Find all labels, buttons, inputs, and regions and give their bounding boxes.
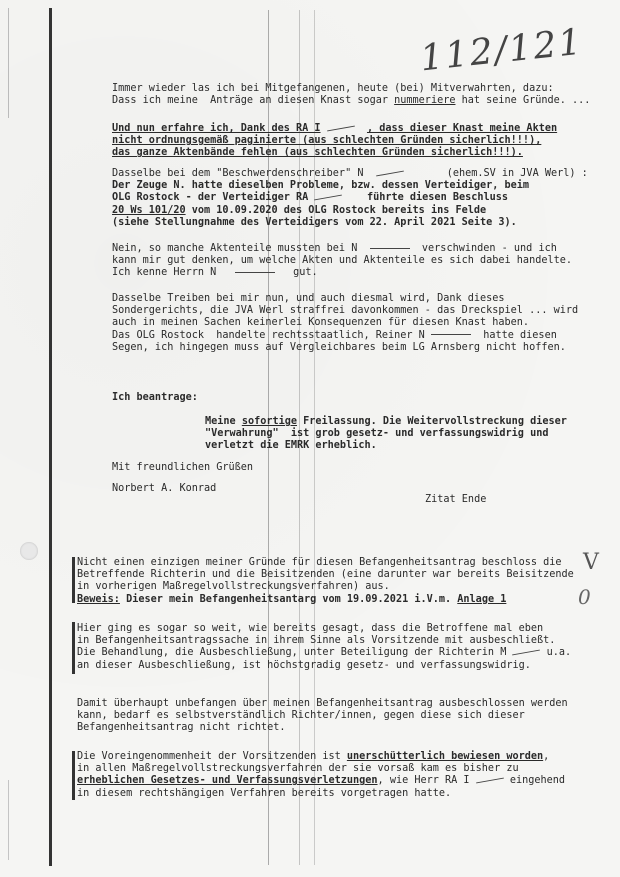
scan-edge-line bbox=[8, 8, 9, 118]
text-line: , bbox=[543, 751, 549, 762]
text-line: an dieser Ausbeschließung, ist höchstgra… bbox=[77, 660, 531, 671]
text-line: verschwinden - und ich bbox=[422, 243, 557, 254]
underlined-text: erheblichen Gesetzes- und Verfassungsver… bbox=[77, 775, 378, 786]
margin-circle-mark: 0 bbox=[578, 585, 591, 609]
text-line: Die Voreingenommenheit der Vorsitzenden … bbox=[77, 751, 347, 762]
text-line: Meine bbox=[205, 416, 242, 427]
redaction-mark bbox=[513, 649, 541, 655]
text-line: in Befangenheitsantragssache in ihrem Si… bbox=[77, 635, 555, 646]
text-line: Segen, ich hingegen muss auf Vergleichba… bbox=[112, 342, 566, 353]
text-line: Die Behandlung, die Ausbeschließung, unt… bbox=[77, 647, 506, 658]
margin-line bbox=[49, 8, 52, 866]
margin-bar bbox=[72, 557, 75, 603]
text-line: Dass ich meine Anträge an diesen Knast s… bbox=[112, 95, 394, 106]
text-line: in vorherigen Maßregelvollstreckungsverf… bbox=[77, 581, 390, 592]
margin-bar bbox=[72, 751, 75, 800]
text-line: Hier ging es sogar so weit, wie bereits … bbox=[77, 623, 543, 634]
text-line: Freilassung. Die Weitervollstreckung die… bbox=[297, 416, 567, 427]
redaction-mark bbox=[476, 777, 504, 783]
akten-paragraph: Und nun erfahre ich, Dank des RA I , das… bbox=[112, 123, 557, 160]
text-line: Der Zeuge N. hatte dieselben Probleme, b… bbox=[112, 180, 529, 191]
text-line: Immer wieder las ich bei Mitgefangenen, … bbox=[112, 83, 554, 94]
text-line: vom 10.09.2020 des OLG Rostock bereits i… bbox=[186, 205, 487, 216]
redaction-mark bbox=[235, 272, 275, 273]
text-line: eingehend bbox=[510, 775, 565, 786]
text-line: , dass dieser Knast meine Akten bbox=[367, 123, 557, 134]
text-line: "Verwahrung" ist grob gesetz- und verfas… bbox=[205, 428, 548, 439]
text-line: das ganze Aktenbände fehlen (aus schlech… bbox=[112, 147, 523, 158]
text-line: nicht ordnungsgemäß paginierte (aus schl… bbox=[112, 135, 541, 146]
text-line: (ehem.SV in JVA Werl) : bbox=[447, 168, 588, 179]
redaction-mark bbox=[431, 334, 471, 335]
text-line: hat seine Gründe. ... bbox=[455, 95, 590, 106]
greeting: Mit freundlichen Grüßen bbox=[112, 462, 253, 474]
text-line: , wie Herr RA I bbox=[378, 775, 470, 786]
text-line: in diesem rechtshängigen Verfahren berei… bbox=[77, 788, 451, 799]
underlined-text: nummeriere bbox=[394, 95, 455, 106]
text-line: Damit überhaupt unbefangen über meinen B… bbox=[77, 698, 568, 709]
nein-paragraph: Nein, so manche Aktenteile mussten bei N… bbox=[112, 243, 572, 280]
scanned-document-page: 112/121 Immer wieder las ich bei Mitgefa… bbox=[0, 0, 620, 877]
text-line: (siehe Stellungnahme des Verteidigers vo… bbox=[112, 217, 517, 228]
antrag-body: Meine sofortige Freilassung. Die Weiterv… bbox=[205, 416, 567, 453]
signature-name: Norbert A. Konrad bbox=[112, 483, 216, 495]
scan-edge-line bbox=[8, 780, 9, 860]
redaction-mark bbox=[327, 125, 355, 131]
margin-check-mark: V bbox=[583, 550, 599, 575]
attachment-reference: Anlage 1 bbox=[457, 594, 506, 605]
text-line: auch in meinen Sachen keinerlei Konseque… bbox=[112, 317, 529, 328]
voreingenommen-paragraph: Die Voreingenommenheit der Vorsitzenden … bbox=[77, 751, 565, 800]
text-line: OLG Rostock - der Verteidiger RA bbox=[112, 192, 308, 203]
text-line: Und nun erfahre ich, Dank des RA I bbox=[112, 123, 321, 134]
redaction-mark bbox=[370, 248, 410, 249]
text-line: Ich kenne Herrn N bbox=[112, 267, 216, 278]
quote-end: Zitat Ende bbox=[425, 494, 486, 506]
redaction-mark bbox=[315, 194, 343, 200]
underlined-text: unerschütterlich bewiesen worden bbox=[347, 751, 543, 762]
text-line: führte diesen Beschluss bbox=[367, 192, 508, 203]
text-line: kann mir gut denken, um welche Akten und… bbox=[112, 255, 572, 266]
evidence-label: Beweis: bbox=[77, 594, 120, 605]
case-reference: 20 Ws 101/20 bbox=[112, 205, 186, 216]
zeuge-paragraph: Dasselbe bei dem "Beschwerdenschreiber" … bbox=[112, 168, 588, 229]
text-line: Das OLG Rostock handelte rechtsstaatlich… bbox=[112, 330, 425, 341]
punch-hole bbox=[20, 542, 38, 560]
redaction-mark bbox=[376, 170, 404, 176]
text-line: hatte diesen bbox=[483, 330, 557, 341]
text-line: verletzt die EMRK erheblich. bbox=[205, 440, 377, 451]
margin-bar bbox=[72, 622, 75, 674]
text-line: in allen Maßregelvollstreckungsverfahren… bbox=[77, 763, 519, 774]
text-line: Dasselbe Treiben bei mir nun, und auch d… bbox=[112, 293, 505, 304]
text-line: Betreffende Richterin und die Beisitzend… bbox=[77, 569, 574, 580]
damit-paragraph: Damit überhaupt unbefangen über meinen B… bbox=[77, 698, 568, 735]
underlined-text: sofortige bbox=[242, 416, 297, 427]
gruende-paragraph: Nicht einen einzigen meiner Gründe für d… bbox=[77, 557, 574, 606]
text-line: gut. bbox=[293, 267, 318, 278]
text-line: Sondergerichts, die JVA Werl straffrei d… bbox=[112, 305, 578, 316]
text-line: Nein, so manche Aktenteile mussten bei N bbox=[112, 243, 357, 254]
text-line: kann, bedarf es selbstverständlich Richt… bbox=[77, 710, 525, 721]
text-line: Nicht einen einzigen meiner Gründe für d… bbox=[77, 557, 562, 568]
antrag-heading: Ich beantrage: bbox=[112, 392, 198, 404]
text-line: Dieser mein Befangenheitsantarg vom 19.0… bbox=[120, 594, 457, 605]
text-line: Befangenheitsantrag nicht richtet. bbox=[77, 722, 286, 733]
treiben-paragraph: Dasselbe Treiben bei mir nun, und auch d… bbox=[112, 293, 578, 354]
hier-paragraph: Hier ging es sogar so weit, wie bereits … bbox=[77, 623, 571, 672]
text-line: Dasselbe bei dem "Beschwerdenschreiber" … bbox=[112, 168, 363, 179]
page-number: 112/121 bbox=[418, 22, 585, 80]
text-line: u.a. bbox=[547, 647, 572, 658]
intro-paragraph: Immer wieder las ich bei Mitgefangenen, … bbox=[112, 83, 590, 107]
